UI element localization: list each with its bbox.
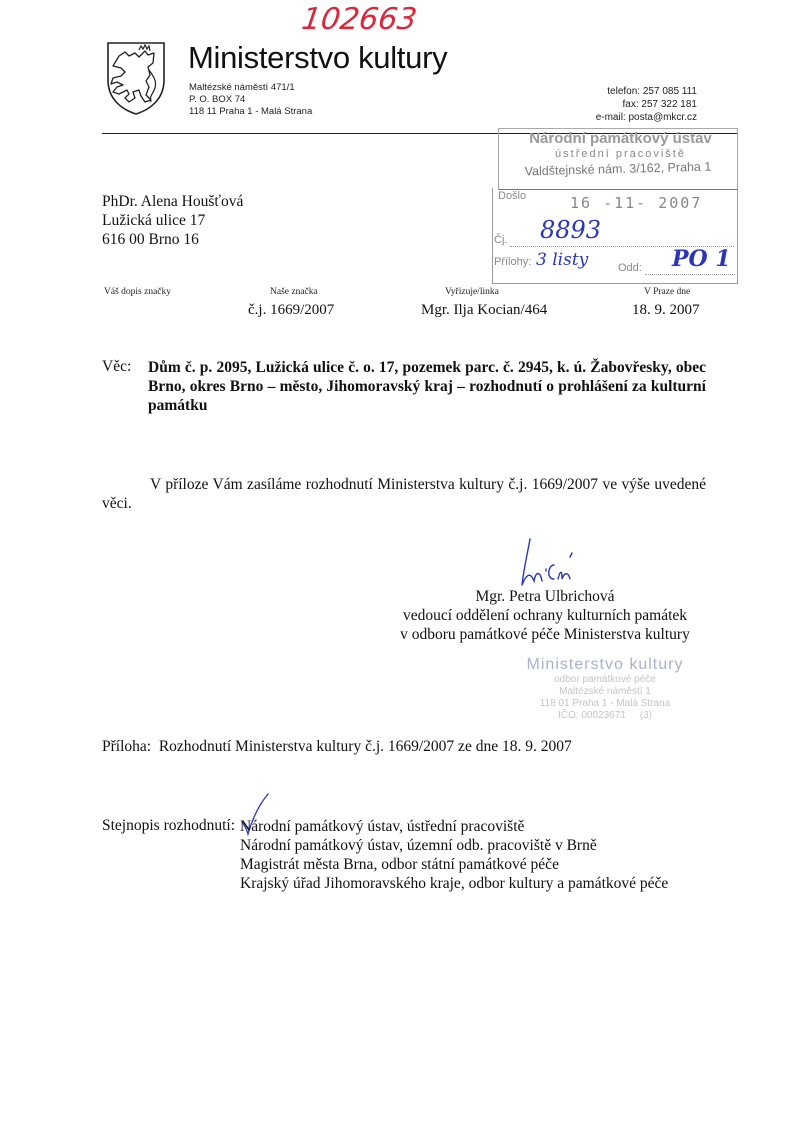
addressee-block: PhDr. Alena Houšťová Lužická ulice 17 61… <box>102 192 243 249</box>
office-stamp-line: 118 01 Praha 1 - Malá Strana <box>505 698 705 710</box>
our-ref-label: Naše značka <box>270 287 318 297</box>
coat-of-arms-lion-icon <box>105 40 167 116</box>
stamp-received-date: 16 -11- 2007 <box>570 194 702 212</box>
subject-label: Věc: <box>102 358 131 376</box>
received-stamp: Národní památkový ústav ústřední pracovi… <box>490 128 738 283</box>
registry-number-annotation: 102663 <box>300 2 419 37</box>
handled-by-value: Mgr. Ilja Kocian/464 <box>421 302 547 319</box>
stamp-department-dotted-line <box>645 274 735 275</box>
office-stamp-title: Ministerstvo kultury <box>505 656 705 674</box>
fax: fax: 257 322 181 <box>596 98 697 111</box>
your-ref-label: Váš dopis značky <box>104 287 171 297</box>
attachment-text: Rozhodnutí Ministerstva kultury č.j. 166… <box>159 738 572 755</box>
our-ref-value: č.j. 1669/2007 <box>248 302 334 319</box>
addressee-name: PhDr. Alena Houšťová <box>102 192 243 211</box>
address-line: P. O. BOX 74 <box>189 94 312 106</box>
address-line: 118 11 Praha 1 - Malá Strana <box>189 106 312 118</box>
organization-name: Ministerstvo kultury <box>188 40 447 76</box>
stamp-subtitle: ústřední pracoviště <box>508 148 733 160</box>
date-value: 18. 9. 2007 <box>632 302 700 319</box>
organization-address: Maltézské náměstí 471/1 P. O. BOX 74 118… <box>189 82 312 118</box>
recipient-item: Národní památkový ústav, územní odb. pra… <box>240 836 668 855</box>
stamp-ref-label: Čj. <box>494 234 507 246</box>
signatory-name: Mgr. Petra Ulbrichová <box>380 587 710 606</box>
office-stamp-number: (3) <box>640 710 652 721</box>
stamp-department-value: PO 1 <box>672 246 731 272</box>
stamp-attachments-value: 3 listy <box>536 250 588 270</box>
stamp-received-label: Došlo <box>498 190 526 202</box>
recipient-item: Magistrát města Brna, odbor státní památ… <box>240 855 668 874</box>
stamp-attachments-label: Přílohy: <box>494 256 531 268</box>
organization-contact: telefon: 257 085 111 fax: 257 322 181 e-… <box>596 85 697 124</box>
signatory-block: Mgr. Petra Ulbrichová vedoucí oddělení o… <box>380 587 710 644</box>
attachment-label: Příloha: <box>102 738 151 755</box>
address-line: Maltézské náměstí 471/1 <box>189 82 312 94</box>
phone: telefon: 257 085 111 <box>596 85 697 98</box>
date-label: V Praze dne <box>644 287 690 297</box>
subject-text: Dům č. p. 2095, Lužická ulice č. o. 17, … <box>148 358 706 415</box>
copies-recipient-list: Národní památkový ústav, ústřední pracov… <box>240 817 668 893</box>
office-stamp-line: Maltézské náměstí 1 <box>505 686 705 698</box>
addressee-city: 616 00 Brno 16 <box>102 230 243 249</box>
copies-label: Stejnopis rozhodnutí: <box>102 817 235 835</box>
office-stamp-ico: IČO: 00023671 <box>558 710 626 721</box>
recipient-item: Krajský úřad Jihomoravského kraje, odbor… <box>240 874 668 893</box>
handled-by-label: Vyřizuje/linka <box>445 287 499 297</box>
signatory-title: vedoucí oddělení ochrany kulturních pamá… <box>380 606 710 625</box>
attachment-line: Příloha: Rozhodnutí Ministerstva kultury… <box>102 738 572 756</box>
stamp-title: Národní památkový ústav <box>508 130 733 147</box>
office-stamp-line: odbor památkové péče <box>505 674 705 686</box>
stamp-department-label: Odd: <box>618 262 642 274</box>
recipient-item: Národní památkový ústav, ústřední pracov… <box>240 817 668 836</box>
email: e-mail: posta@mkcr.cz <box>596 111 697 124</box>
signatory-department: v odboru památkové péče Ministerstva kul… <box>380 625 710 644</box>
stamp-ref-value: 8893 <box>540 216 601 244</box>
addressee-street: Lužická ulice 17 <box>102 211 243 230</box>
office-stamp: Ministerstvo kultury odbor památkové péč… <box>505 656 705 722</box>
office-stamp-line: IČO: 00023671 (3) <box>505 710 705 722</box>
body-paragraph: V příloze Vám zasíláme rozhodnutí Minist… <box>102 475 706 513</box>
handwritten-signature <box>510 535 600 590</box>
